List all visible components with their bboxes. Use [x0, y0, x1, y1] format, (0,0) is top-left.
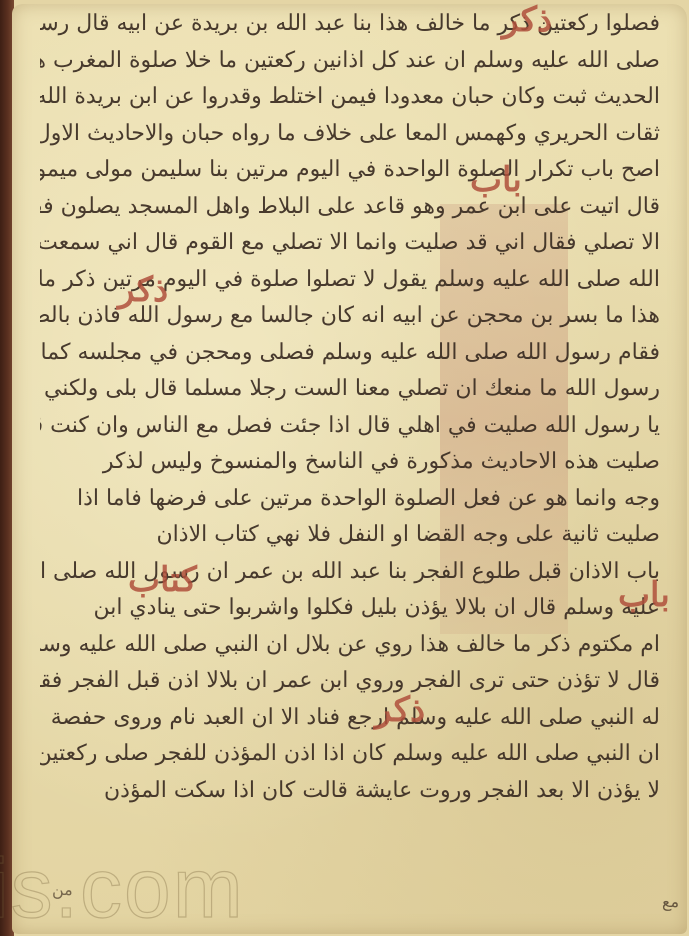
rubric-heading-bab-2: باب [618, 575, 670, 615]
rubric-heading-bab-1: باب [470, 160, 522, 200]
manuscript-scan: فصلوا ركعتين ذكر ما خالف هذا بنا عبد الل… [0, 0, 689, 936]
text-line-13: صليت هذه الاحاديث مذكورة في الناسخ والمن… [40, 444, 660, 481]
text-line-14: وجه وانما هو عن فعل الصلوة الواحدة مرتين… [40, 481, 660, 518]
text-line-22: لا يؤذن الا بعد الفجر وروت عايشة قالت كا… [40, 773, 660, 810]
text-line-1: فصلوا ركعتين ذكر ما خالف هذا بنا عبد الل… [40, 6, 660, 43]
rubric-heading-dhikr-3: ذكر [375, 690, 425, 730]
text-line-19: قال لا تؤذن حتى ترى الفجر وروي ابن عمر ا… [40, 663, 660, 700]
text-line-2: صلى الله عليه وسلم ان عند كل اذانين ركعت… [40, 43, 660, 80]
rubric-heading-dhikr-2: ذكر [118, 270, 168, 310]
text-block: فصلوا ركعتين ذكر ما خالف هذا بنا عبد الل… [40, 6, 660, 809]
text-line-11: رسول الله ما منعك ان تصلي معنا الست رجلا… [40, 371, 660, 408]
rubric-heading-kitab: كتاب [128, 560, 197, 600]
text-line-7: الا تصلي فقال اني قد صليت وانما الا تصلي… [40, 225, 660, 262]
text-line-18: ام مكتوم ذكر ما خالف هذا روي عن بلال ان … [40, 627, 660, 664]
text-line-3: الحديث ثبت وكان حبان معدودا فيمن اختلط و… [40, 79, 660, 116]
text-line-15: صليت ثانية على وجه القضا او النفل فلا نه… [40, 517, 660, 554]
watermark-text: is.com [0, 840, 245, 936]
text-line-4: ثقات الحريري وكهمس المعا على خلاف ما روا… [40, 116, 660, 153]
text-line-10: فقام رسول الله صلى الله عليه وسلم فصلى و… [40, 335, 660, 372]
text-line-5: اصح باب تكرار الصلوة الواحدة في اليوم مر… [40, 152, 660, 189]
text-line-6: قال اتيت على ابن عمر وهو قاعد على البلاط… [40, 189, 660, 226]
text-line-21: ان النبي صلى الله عليه وسلم كان اذا اذن … [40, 736, 660, 773]
text-line-12: يا رسول الله صليت في اهلي قال اذا جئت فص… [40, 408, 660, 445]
text-line-20: له النبي صلى الله عليه وسلم ارجع فناد ال… [40, 700, 660, 737]
folio-mark: مع [662, 892, 679, 911]
rubric-heading-dhikr-1: ذكر [502, 0, 552, 40]
